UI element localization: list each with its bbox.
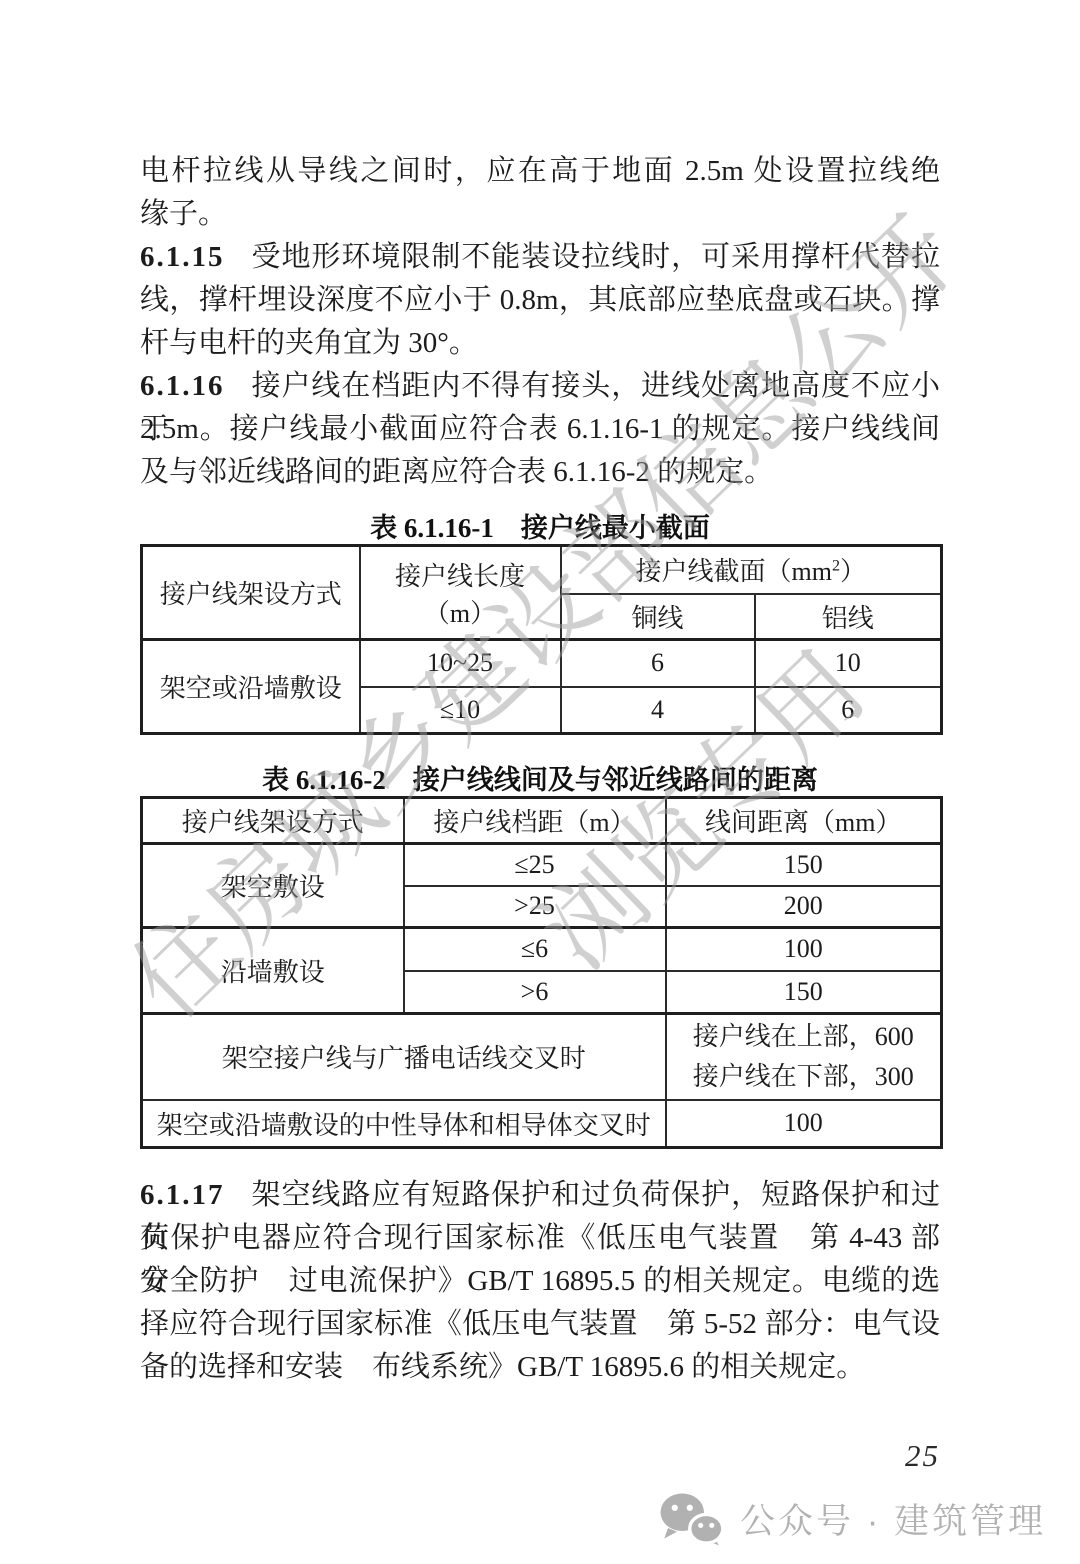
header-cell: 铜线 [561, 594, 755, 640]
header-cell: 接户线档距（m） [404, 798, 666, 844]
paragraph-line: 及与邻近线路间的距离应符合表 6.1.16-2 的规定。 [140, 451, 940, 494]
paragraph-line: 6.1.15受地形环境限制不能装设拉线时，可采用撑杆代替拉 [140, 236, 940, 279]
paragraph-line: 2.5m。接户线最小截面应符合表 6.1.16-1 的规定。接户线线间 [140, 408, 940, 451]
table-cell: >25 [404, 886, 666, 928]
paragraph-line: 择应符合现行国家标准《低压电气装置 第 5-52 部分：电气设 [140, 1303, 940, 1346]
table1-caption: 表 6.1.16-1 接户线最小截面 [140, 506, 940, 545]
table-cell: 6 [561, 640, 755, 687]
paragraph-line: 6.1.16接户线在档距内不得有接头，进线处离地高度不应小于 [140, 365, 940, 408]
paragraph-line: 备的选择和安装 布线系统》GB/T 16895.6 的相关规定。 [140, 1346, 940, 1389]
header-cell: 接户线架设方式 [142, 798, 404, 844]
section-number: 6.1.15 [140, 241, 225, 273]
table-cell: 架空接户线与广播电话线交叉时 [142, 1014, 666, 1100]
header-cell: 接户线长度 （m） [360, 546, 561, 640]
table-cell: 10 [755, 640, 942, 687]
paragraph-line: 线，撑杆埋设深度不应小于 0.8m，其底部应垫底盘或石块。撑 [140, 279, 940, 322]
cell-line: 接户线在下部，300 [667, 1057, 941, 1097]
cell-line: 接户线在上部，600 [667, 1017, 941, 1057]
table-cell: 150 [666, 844, 942, 886]
table-cell: ≤25 [404, 844, 666, 886]
table-cell: 150 [666, 971, 942, 1014]
table-cell: 100 [666, 928, 942, 971]
header-line: （m） [361, 593, 560, 630]
paragraph-line: 安全防护 过电流保护》GB/T 16895.5 的相关规定。电缆的选 [140, 1260, 940, 1303]
table-line-distances: 接户线架设方式 接户线档距（m） 线间距离（mm） 架空敷设 ≤25 150 >… [140, 796, 943, 1149]
header-cell: 线间距离（mm） [666, 798, 942, 844]
page-number: 25 [905, 1438, 940, 1474]
table-cell: >6 [404, 971, 666, 1014]
header-text: ） [840, 557, 866, 586]
table-cell: 沿墙敷设 [142, 928, 404, 1014]
body-text-block: 电杆拉线从导线之间时，应在高于地面 2.5m 处设置拉线绝 缘子。 6.1.15… [140, 150, 940, 494]
header-cell: 接户线架设方式 [142, 546, 360, 640]
table2-caption: 表 6.1.16-2 接户线线间及与邻近线路间的距离 [140, 758, 940, 797]
table-cell: ≤10 [360, 687, 561, 734]
table-cell: 架空或沿墙敷设的中性导体和相导体交叉时 [142, 1100, 666, 1148]
table-cell: 100 [666, 1100, 942, 1148]
table-cell: 架空敷设 [142, 844, 404, 928]
header-line: 接户线长度 [361, 556, 560, 593]
table-cell: 200 [666, 886, 942, 928]
wechat-icon [658, 1492, 726, 1551]
table-cell: 6 [755, 687, 942, 734]
table-min-cross-section: 接户线架设方式 接户线长度 （m） 接户线截面（mm2） 铜线 铝线 架空或沿墙… [140, 544, 943, 735]
paragraph-line: 荷保护电器应符合现行国家标准《低压电气装置 第 4-43 部分： [140, 1217, 940, 1260]
table-cell: 接户线在上部，600 接户线在下部，300 [666, 1014, 942, 1100]
table-cell: ≤6 [404, 928, 666, 971]
official-account-label: 公众号 · 建筑管理 [740, 1495, 1046, 1549]
paragraph-line: 6.1.17架空线路应有短路保护和过负荷保护，短路保护和过负 [140, 1174, 940, 1217]
body-text-block: 6.1.17架空线路应有短路保护和过负荷保护，短路保护和过负 荷保护电器应符合现… [140, 1174, 940, 1389]
section-number: 6.1.16 [140, 370, 225, 402]
paragraph-line: 电杆拉线从导线之间时，应在高于地面 2.5m 处设置拉线绝 [140, 150, 940, 193]
superscript: 2 [832, 558, 840, 575]
document-page: 住房城乡建设部信息公开 浏览专用 电杆拉线从导线之间时，应在高于地面 2.5m … [0, 0, 1080, 1564]
header-cell: 接户线截面（mm2） [561, 546, 942, 594]
table-cell: 10~25 [360, 640, 561, 687]
table-cell: 架空或沿墙敷设 [142, 640, 360, 734]
paragraph-line: 杆与电杆的夹角宜为 30°。 [140, 322, 940, 365]
section-number: 6.1.17 [140, 1179, 225, 1211]
header-text: 接户线截面（mm [635, 557, 831, 586]
paragraph-text: 受地形环境限制不能装设拉线时，可采用撑杆代替拉 [251, 241, 941, 273]
header-cell: 铝线 [755, 594, 942, 640]
table-cell: 4 [561, 687, 755, 734]
paragraph-line: 缘子。 [140, 193, 940, 236]
footer: 公众号 · 建筑管理 [658, 1492, 1046, 1551]
